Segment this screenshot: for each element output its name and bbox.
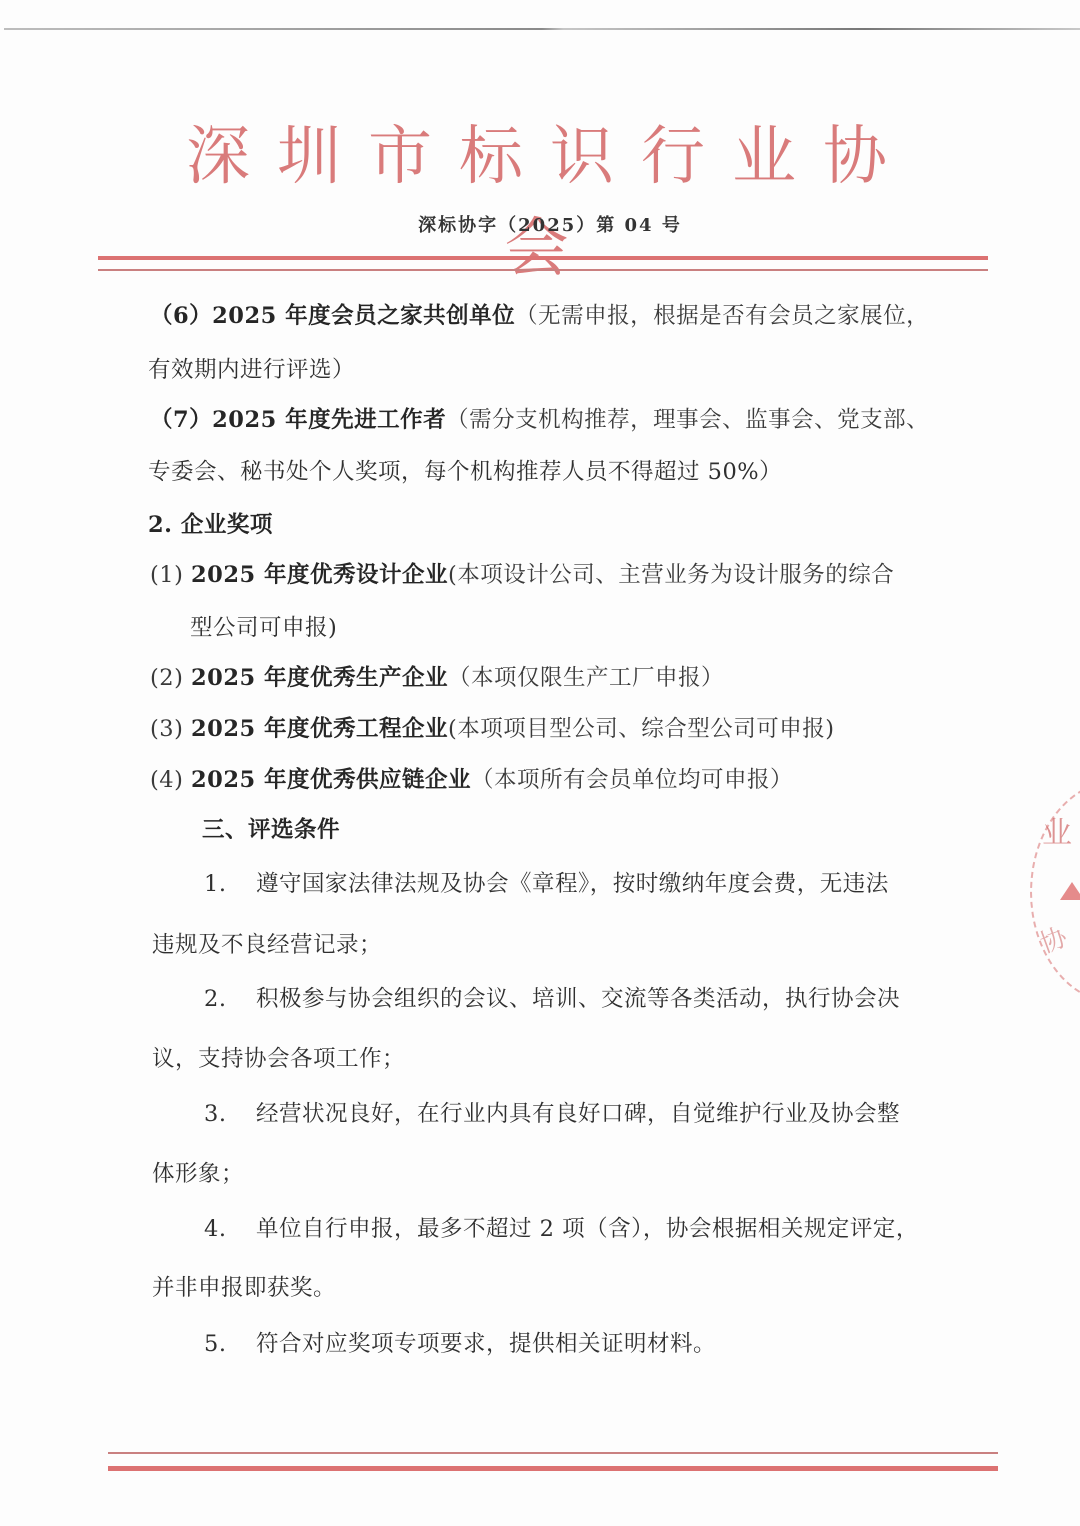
criterion-1-number: 1. bbox=[204, 871, 256, 897]
criterion-4-line2: 并非申报即获奖。 bbox=[152, 1270, 336, 1302]
organization-title: 深圳市标识行业协会 bbox=[150, 105, 950, 289]
header-rule-thin bbox=[98, 269, 988, 271]
award-6-line1: （6）2025 年度会员之家共创单位（无需申报，根据是否有会员之家展位， bbox=[150, 298, 929, 330]
award-6-desc: （无需申报，根据是否有会员之家展位， bbox=[515, 303, 929, 329]
enterprise-award-2-desc: （本项仅限生产工厂申报） bbox=[448, 665, 724, 691]
document-number: 深标协字（2025）第 04 号 bbox=[0, 211, 1080, 237]
seal-text: 业 bbox=[1042, 808, 1072, 852]
enterprise-award-3-title: 2025 年度优秀工程企业 bbox=[191, 716, 448, 742]
criteria-heading-text: 三、评选条件 bbox=[202, 817, 340, 843]
criterion-4-text: 单位自行申报，最多不超过 2 项（含），协会根据相关规定评定， bbox=[256, 1216, 919, 1242]
criterion-2-line2: 议，支持协会各项工作； bbox=[152, 1041, 405, 1073]
enterprise-award-4-title: 2025 年度优秀供应链企业 bbox=[191, 767, 471, 793]
enterprise-award-1-title: 2025 年度优秀设计企业 bbox=[191, 562, 448, 588]
header-rule-thick bbox=[98, 256, 988, 260]
criterion-5-text: 符合对应奖项专项要求，提供相关证明材料。 bbox=[256, 1331, 716, 1357]
enterprise-heading-text: 2. 企业奖项 bbox=[148, 512, 273, 538]
criterion-2-number: 2. bbox=[204, 986, 256, 1012]
award-7-desc: （需分支机构推荐，理事会、监事会、党支部、 bbox=[446, 407, 929, 433]
criterion-2-text: 积极参与协会组织的会议、培训、交流等各类活动，执行协会决 bbox=[256, 986, 900, 1012]
enterprise-award-2-marker: (2) bbox=[150, 665, 183, 691]
award-7-line2: 专委会、秘书处个人奖项，每个机构推荐人员不得超过 50%） bbox=[148, 454, 782, 486]
criterion-5-line1: 5.符合对应奖项专项要求，提供相关证明材料。 bbox=[204, 1326, 716, 1358]
award-6-line2: 有效期内进行评选） bbox=[148, 352, 355, 384]
criterion-2-line1: 2.积极参与协会组织的会议、培训、交流等各类活动，执行协会决 bbox=[204, 981, 900, 1013]
award-6-marker: （6） bbox=[150, 303, 212, 329]
enterprise-award-3-desc: (本项项目型公司、综合型公司可申报) bbox=[448, 716, 835, 742]
footer-rule-thin bbox=[108, 1452, 998, 1454]
criterion-1-line1: 1.遵守国家法律法规及协会《章程》，按时缴纳年度会费，无违法 bbox=[204, 866, 889, 898]
footer-rule-thick bbox=[108, 1466, 998, 1471]
criterion-3-number: 3. bbox=[204, 1101, 256, 1127]
criterion-1-line2: 违规及不良经营记录； bbox=[152, 927, 382, 959]
criterion-3-line2: 体形象； bbox=[152, 1156, 244, 1188]
criterion-3-line1: 3.经营状况良好，在行业内具有良好口碑，自觉维护行业及协会整 bbox=[204, 1096, 900, 1128]
seal-star-icon bbox=[1060, 882, 1080, 900]
enterprise-award-1-line1: (1) 2025 年度优秀设计企业(本项设计公司、主营业务为设计服务的综合 bbox=[150, 557, 894, 589]
criterion-5-number: 5. bbox=[204, 1331, 256, 1357]
enterprise-award-1-marker: (1) bbox=[150, 562, 183, 588]
award-7-title: 2025 年度先进工作者 bbox=[212, 407, 446, 433]
enterprise-awards-heading: 2. 企业奖项 bbox=[148, 507, 273, 539]
criterion-4-number: 4. bbox=[204, 1216, 256, 1242]
enterprise-award-3: (3) 2025 年度优秀工程企业(本项项目型公司、综合型公司可申报) bbox=[150, 711, 835, 743]
criterion-4-line1: 4.单位自行申报，最多不超过 2 项（含），协会根据相关规定评定， bbox=[204, 1211, 919, 1243]
enterprise-award-1-desc: (本项设计公司、主营业务为设计服务的综合 bbox=[448, 562, 894, 588]
criteria-heading: 三、评选条件 bbox=[202, 812, 340, 844]
enterprise-award-1-line2: 型公司可申报) bbox=[190, 610, 337, 642]
enterprise-award-2-title: 2025 年度优秀生产企业 bbox=[191, 665, 448, 691]
award-6-title: 2025 年度会员之家共创单位 bbox=[212, 303, 515, 329]
enterprise-award-3-marker: (3) bbox=[150, 716, 183, 742]
criterion-1-text: 遵守国家法律法规及协会《章程》，按时缴纳年度会费，无违法 bbox=[256, 871, 889, 897]
enterprise-award-4-marker: (4) bbox=[150, 767, 183, 793]
award-7-line1: （7）2025 年度先进工作者（需分支机构推荐，理事会、监事会、党支部、 bbox=[150, 402, 929, 434]
enterprise-award-4: (4) 2025 年度优秀供应链企业（本项所有会员单位均可申报） bbox=[150, 762, 793, 794]
enterprise-award-2: (2) 2025 年度优秀生产企业（本项仅限生产工厂申报） bbox=[150, 660, 724, 692]
award-7-marker: （7） bbox=[150, 407, 212, 433]
criterion-3-text: 经营状况良好，在行业内具有良好口碑，自觉维护行业及协会整 bbox=[256, 1101, 900, 1127]
enterprise-award-4-desc: （本项所有会员单位均可申报） bbox=[471, 767, 793, 793]
scan-edge-line bbox=[4, 28, 1080, 30]
